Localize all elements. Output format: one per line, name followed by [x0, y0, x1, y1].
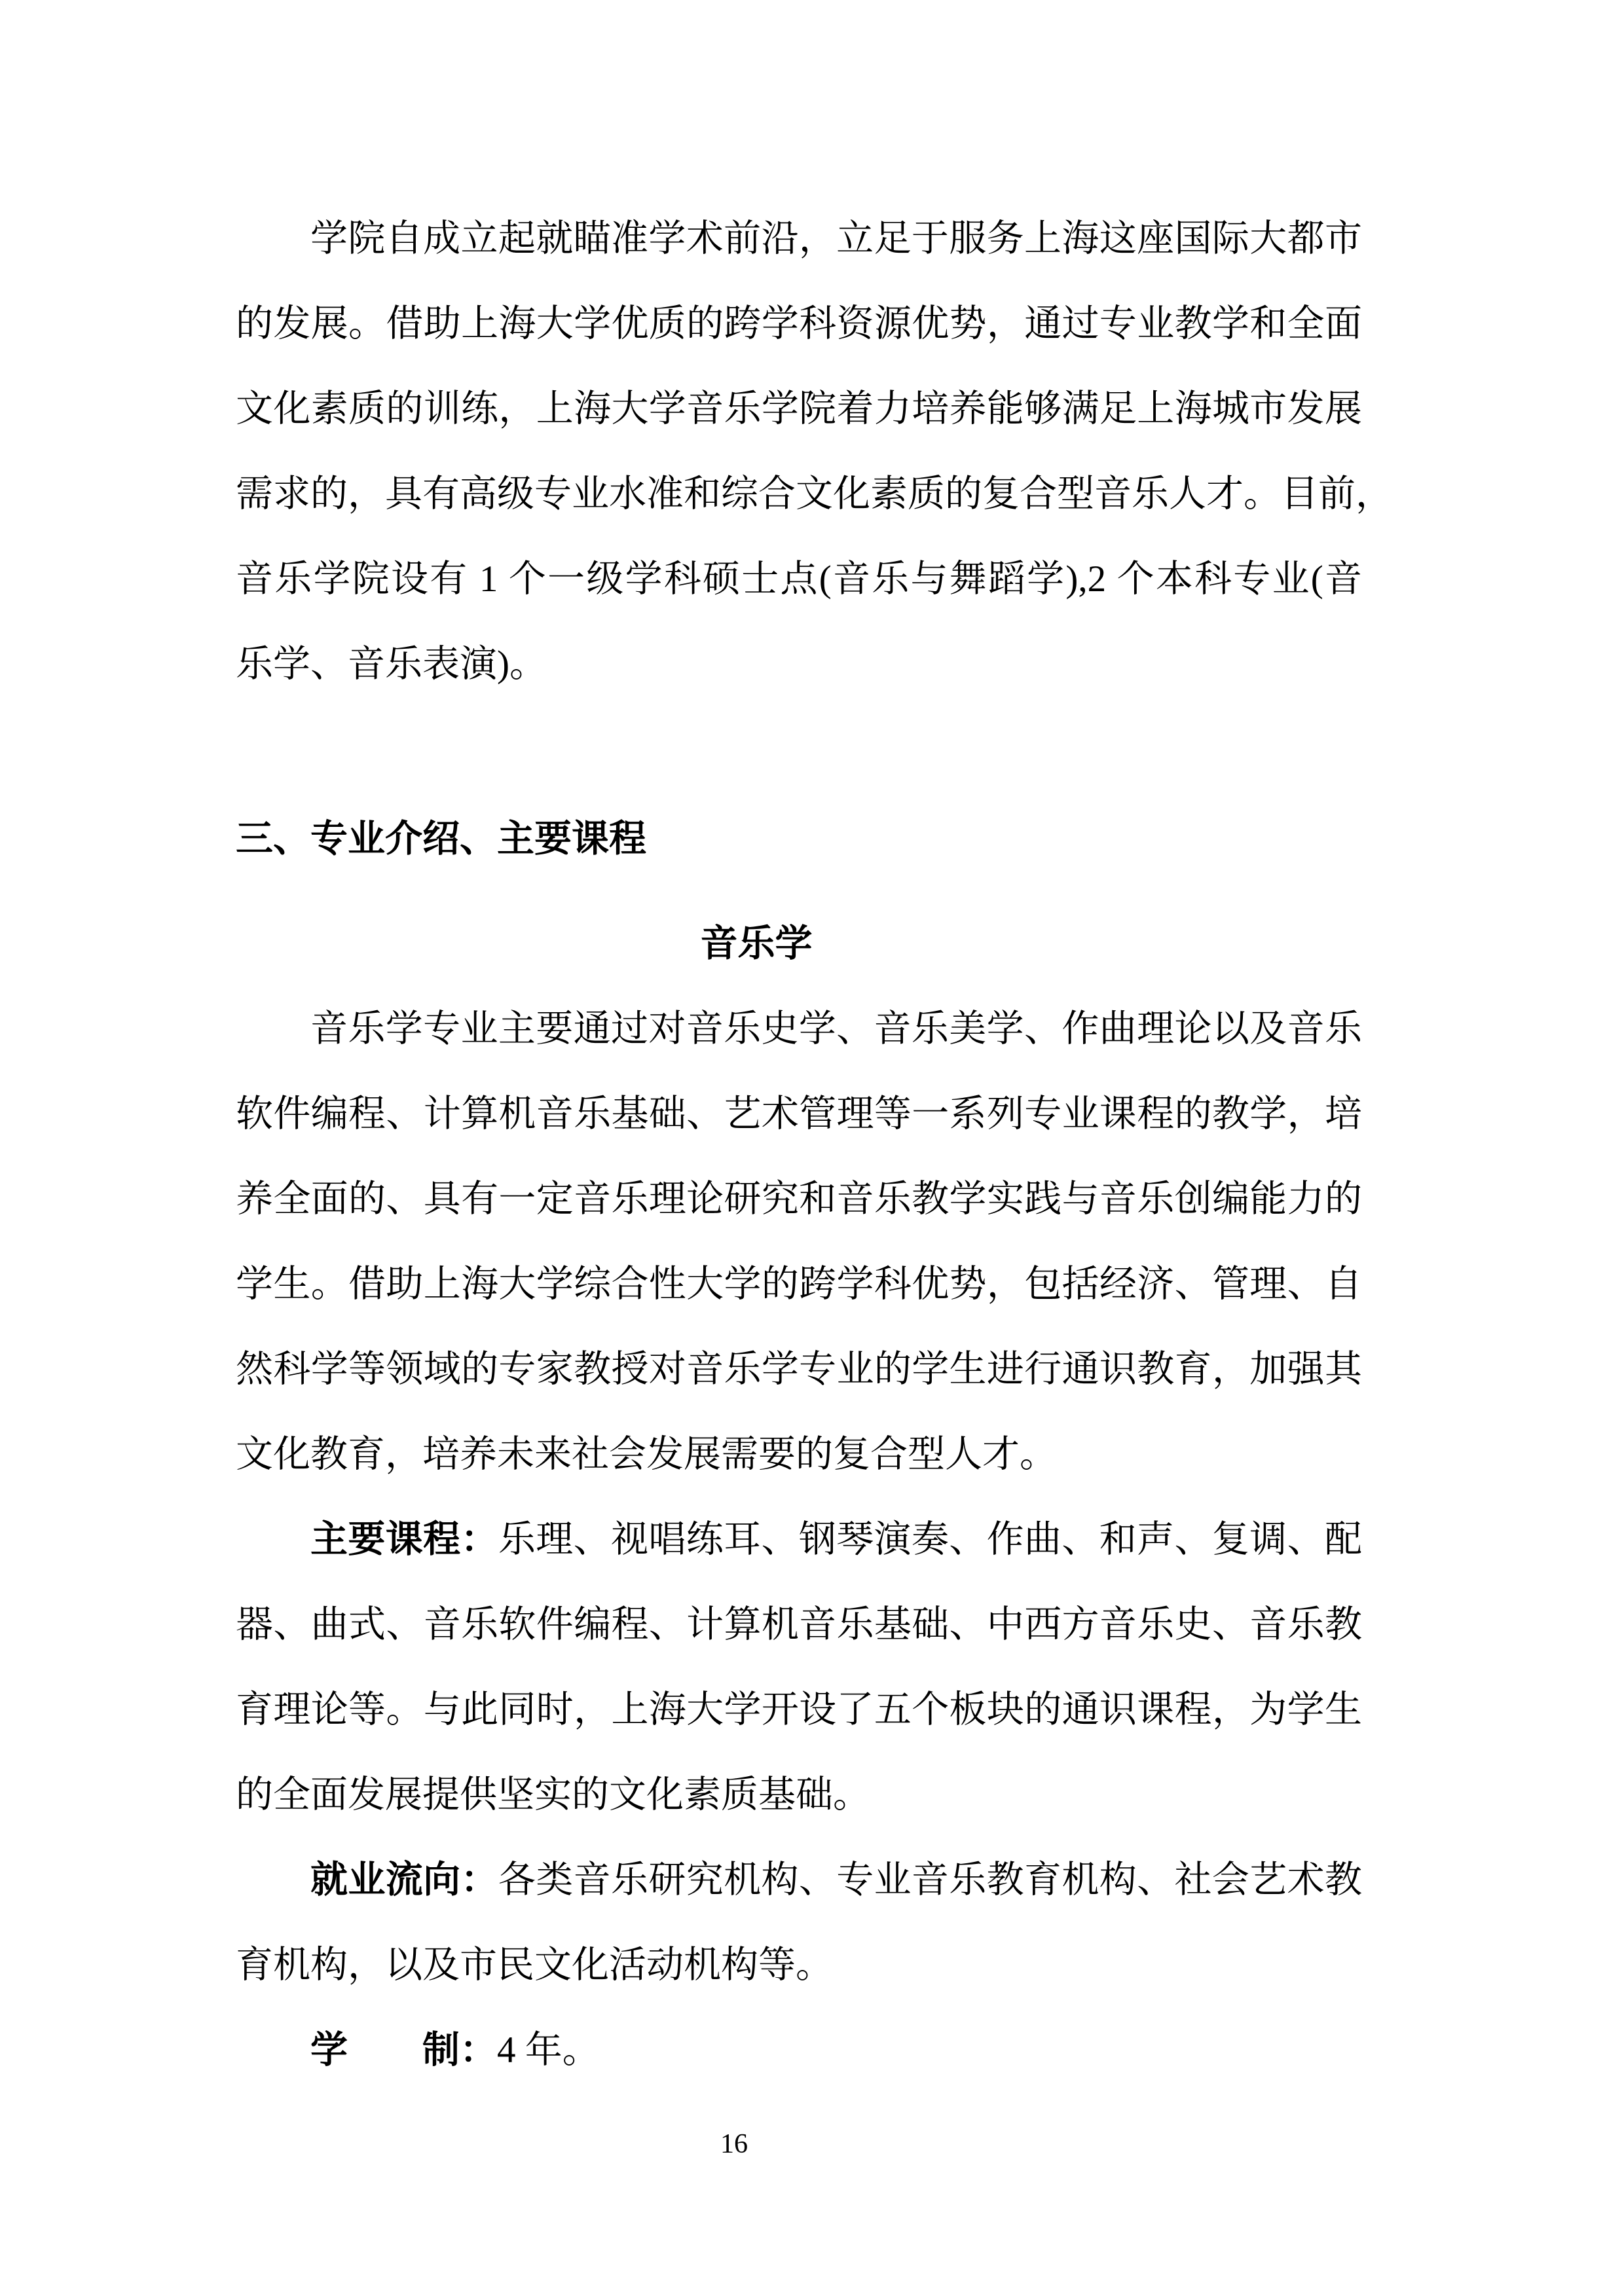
text-line: 软件编程、计算机音乐基础、艺术管理等一系列专业课程的教学，培 — [236, 1072, 1362, 1157]
text-line: 的发展。借助上海大学优质的跨学科资源优势，通过专业教学和全面 — [236, 282, 1362, 367]
text-line: 育理论等。与此同时，上海大学开设了五个板块的通识课程，为学生 — [236, 1667, 1362, 1753]
text-line: 文化素质的训练，上海大学音乐学院着力培养能够满足上海城市发展 — [236, 367, 1362, 452]
paragraph-main-courses: 主要课程：乐理、视唱练耳、钢琴演奏、作曲、和声、复调、配 器、曲式、音乐软件编程… — [236, 1497, 1362, 1838]
text-line: 就业流向：各类音乐研究机构、专业音乐教育机构、社会艺术教 — [236, 1838, 1362, 1923]
text-run: 各类音乐研究机构、专业音乐教育机构、社会艺术教 — [498, 1859, 1362, 1901]
text-run: 乐理、视唱练耳、钢琴演奏、作曲、和声、复调、配 — [498, 1519, 1362, 1560]
document-page: 学院自成立起就瞄准学术前沿，立足于服务上海这座国际大都市 的发展。借助上海大学优… — [0, 0, 1624, 2296]
text-line: 学制：4 年。 — [236, 2008, 1362, 2093]
major-subheading: 音乐学 — [236, 902, 1277, 987]
text-line: 文化教育，培养未来社会发展需要的复合型人才。 — [236, 1412, 1362, 1497]
duration-value: 4 年。 — [497, 2030, 600, 2071]
text-line: 养全面的、具有一定音乐理论研究和音乐教学实践与音乐创编能力的 — [236, 1157, 1362, 1242]
paragraph-employment: 就业流向：各类音乐研究机构、专业音乐教育机构、社会艺术教 育机构，以及市民文化活… — [236, 1838, 1362, 2008]
document-body: 学院自成立起就瞄准学术前沿，立足于服务上海这座国际大都市 的发展。借助上海大学优… — [236, 196, 1362, 2093]
text-line: 学院自成立起就瞄准学术前沿，立足于服务上海这座国际大都市 — [236, 196, 1362, 282]
text-line: 然科学等领域的专家教授对音乐学专业的学生进行通识教育，加强其 — [236, 1327, 1362, 1412]
page-number: 16 — [720, 2129, 748, 2159]
employment-label: 就业流向： — [310, 1859, 498, 1901]
text-line: 育机构，以及市民文化活动机构等。 — [236, 1923, 1362, 2008]
text-line: 器、曲式、音乐软件编程、计算机音乐基础、中西方音乐史、音乐教 — [236, 1582, 1362, 1667]
text-line: 的全面发展提供坚实的文化素质基础。 — [236, 1753, 1362, 1838]
duration-label: 制： — [422, 2030, 497, 2071]
text-line: 需求的，具有高级专业水准和综合文化素质的复合型音乐人才。目前， — [236, 452, 1362, 537]
text-line: 学生。借助上海大学综合性大学的跨学科优势，包括经济、管理、自 — [236, 1242, 1362, 1327]
paragraph-major-description: 音乐学专业主要通过对音乐史学、音乐美学、作曲理论以及音乐 软件编程、计算机音乐基… — [236, 987, 1362, 1497]
main-courses-label: 主要课程： — [310, 1519, 498, 1560]
paragraph-intro: 学院自成立起就瞄准学术前沿，立足于服务上海这座国际大都市 的发展。借助上海大学优… — [236, 196, 1362, 707]
text-line: 乐学、音乐表演)。 — [236, 622, 1362, 707]
text-line: 音乐学专业主要通过对音乐史学、音乐美学、作曲理论以及音乐 — [236, 987, 1362, 1072]
paragraph-duration: 学制：4 年。 — [236, 2008, 1362, 2093]
text-line: 音乐学院设有 1 个一级学科硕士点(音乐与舞蹈学),2 个本科专业(音 — [236, 537, 1362, 622]
section-heading: 三、专业介绍、主要课程 — [236, 797, 1362, 882]
text-line: 主要课程：乐理、视唱练耳、钢琴演奏、作曲、和声、复调、配 — [236, 1497, 1362, 1582]
duration-label: 学 — [310, 2030, 348, 2071]
